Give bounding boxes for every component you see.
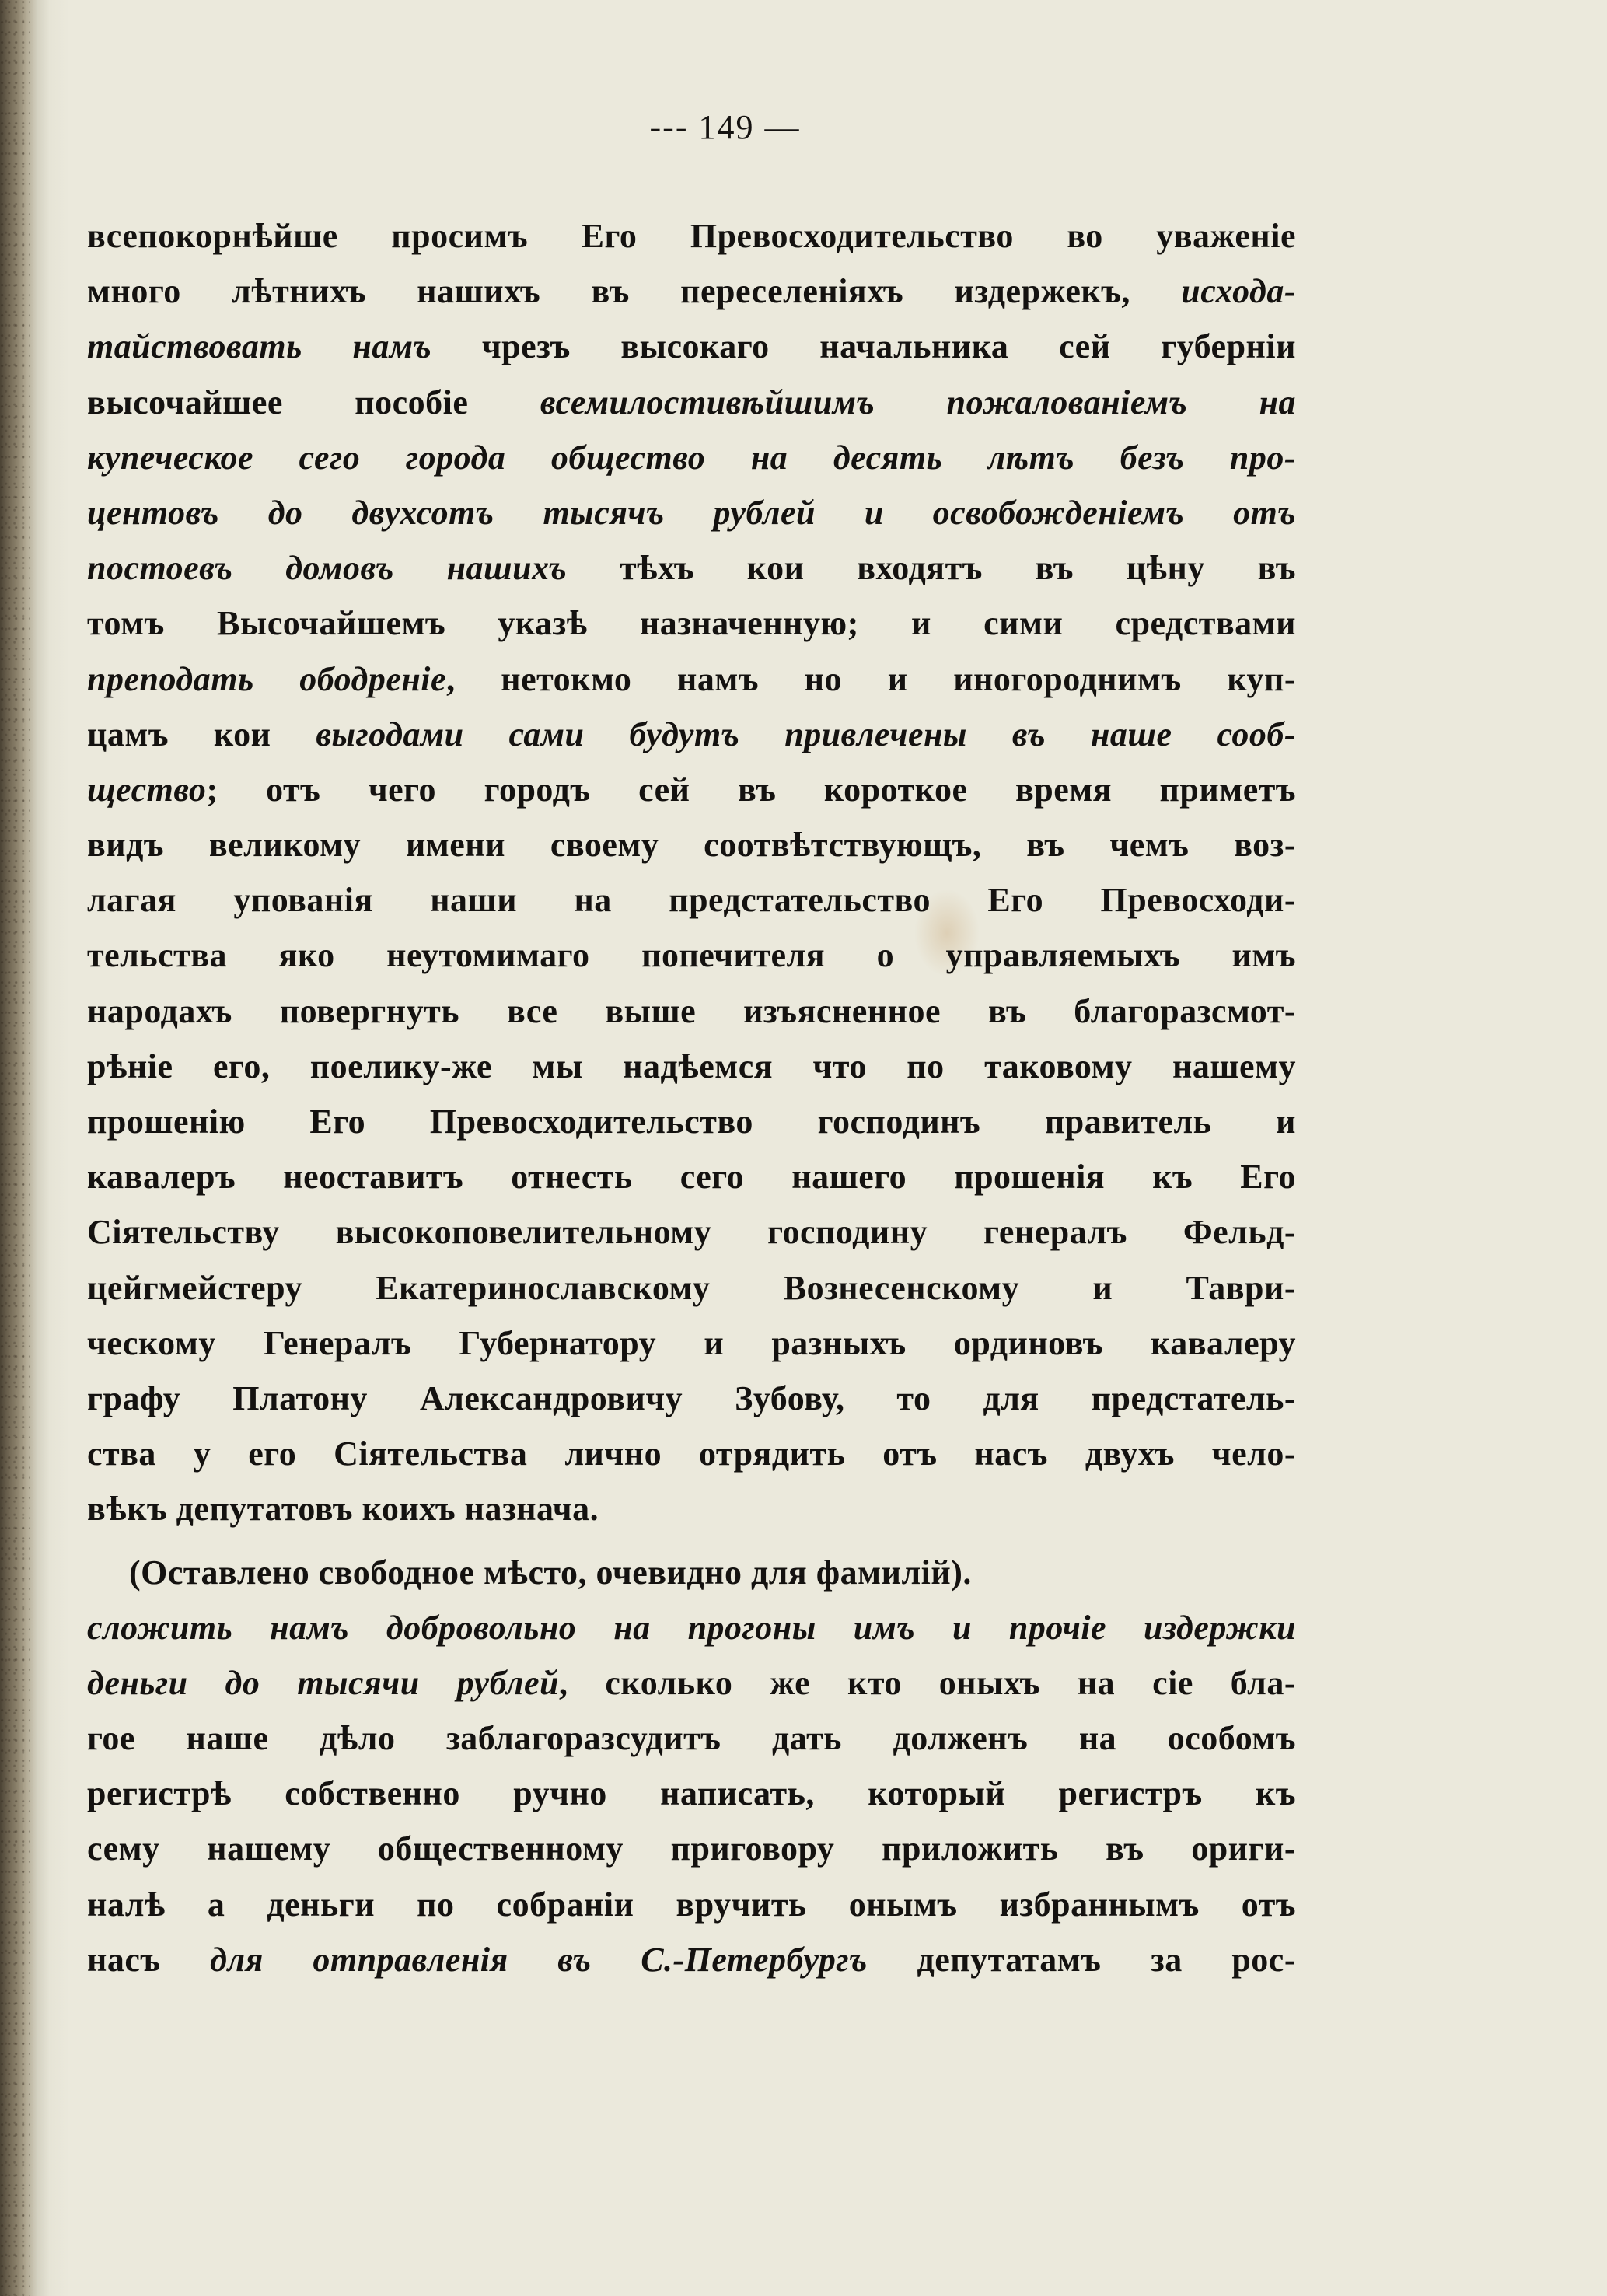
text-line: лагая упованія наши на предстательство Е…	[87, 872, 1296, 928]
text-line: всепокорнѣйше просимъ Его Превосходитель…	[87, 208, 1296, 264]
text-line: сложить намъ добровольно на прогоны имъ …	[87, 1600, 1296, 1655]
text-line: прошенію Его Превосходительство господин…	[87, 1094, 1296, 1149]
italic-text-run: тайствовать намъ	[87, 327, 431, 365]
text-line: ческому Генералъ Губернатору и разныхъ о…	[87, 1316, 1296, 1371]
text-run: кавалеръ неоставитъ отнесть сего нашего …	[87, 1158, 1296, 1196]
text-run: ческому Генералъ Губернатору и разныхъ о…	[87, 1324, 1296, 1362]
text-line: (Оставлено свободное мѣсто, очевидно для…	[87, 1545, 1296, 1600]
italic-text-run: деньги до тысячи рублей	[87, 1664, 559, 1702]
text-line: ства у его Сіятельства лично отрядить от…	[87, 1426, 1296, 1481]
italic-text-run: выгодами сами будутъ привлечены въ наше …	[316, 715, 1296, 753]
italic-text-run: преподать ободреніе	[87, 660, 446, 698]
text-run: видъ великому имени своему соотвѣтствующ…	[87, 826, 1296, 864]
text-run: ; отъ чего городъ сей въ короткое время …	[206, 771, 1296, 809]
text-run: , сколько же кто оныхъ на сіе бла-	[559, 1664, 1296, 1702]
body-text: всепокорнѣйше просимъ Его Превосходитель…	[87, 208, 1296, 1987]
book-page: --- 149 — всепокорнѣйше просимъ Его Прев…	[0, 0, 1607, 2296]
text-line: преподать ободреніе, нетокмо намъ но и и…	[87, 652, 1296, 707]
text-run: ства у его Сіятельства лично отрядить от…	[87, 1435, 1296, 1473]
paragraph: всепокорнѣйше просимъ Его Превосходитель…	[87, 208, 1296, 1537]
text-line: вѣкъ депутатовъ коихъ назнача.	[87, 1481, 1296, 1536]
text-line: видъ великому имени своему соотвѣтствующ…	[87, 817, 1296, 872]
text-run: регистрѣ собственно ручно написать, кото…	[87, 1774, 1296, 1812]
text-run: Сіятельству высокоповелительному господи…	[87, 1213, 1296, 1251]
italic-text-run: сложить намъ добровольно на прогоны имъ …	[87, 1609, 1296, 1647]
text-run: лагая упованія наши на предстательство Е…	[87, 881, 1296, 919]
text-line: графу Платону Александровичу Зубову, то …	[87, 1371, 1296, 1426]
text-line: центовъ до двухсотъ тысячъ рублей и осво…	[87, 485, 1296, 540]
text-line: высочайшее пособіе всемилостивѣйшимъ пож…	[87, 375, 1296, 430]
text-line: купеческое сего города общество на десят…	[87, 430, 1296, 485]
text-run: тѣхъ кои входятъ въ цѣну въ	[567, 549, 1296, 587]
text-line: рѣніе его, поелику-же мы надѣемся что по…	[87, 1039, 1296, 1094]
text-run: вѣкъ депутатовъ коихъ назнача.	[87, 1490, 599, 1528]
text-run: , нетокмо намъ но и иногороднимъ куп-	[446, 660, 1296, 698]
text-run: чрезъ высокаго начальника сей губерніи	[431, 327, 1296, 365]
text-line: тельства яко неутомимаго попечителя о уп…	[87, 928, 1296, 983]
text-line: цамъ кои выгодами сами будутъ привлечены…	[87, 707, 1296, 762]
text-run: гое наше дѣло заблагоразсудитъ дать долж…	[87, 1719, 1296, 1757]
text-line: цейгмейстеру Екатеринославскому Вознесен…	[87, 1260, 1296, 1316]
text-line: народахъ повергнуть все выше изъясненное…	[87, 984, 1296, 1039]
text-line: кавалеръ неоставитъ отнесть сего нашего …	[87, 1149, 1296, 1204]
text-run: (Оставлено свободное мѣсто, очевидно для…	[129, 1553, 972, 1592]
text-run: насъ	[87, 1941, 210, 1979]
text-run: цамъ кои	[87, 715, 316, 753]
text-run: графу Платону Александровичу Зубову, то …	[87, 1379, 1296, 1417]
text-run: народахъ повергнуть все выше изъясненное…	[87, 992, 1296, 1030]
text-run: прошенію Его Превосходительство господин…	[87, 1103, 1296, 1141]
text-run: депутатамъ за рос-	[868, 1941, 1296, 1979]
italic-text-run: купеческое сего города общество на десят…	[87, 439, 1296, 477]
text-run: цейгмейстеру Екатеринославскому Вознесен…	[87, 1269, 1296, 1307]
text-line: насъ для отправленія въ С.-Петербургъ де…	[87, 1932, 1296, 1987]
text-run: всепокорнѣйше просимъ Его Превосходитель…	[87, 217, 1296, 255]
italic-text-run: постоевъ домовъ нашихъ	[87, 549, 567, 587]
italic-text-run: щество	[87, 771, 206, 809]
italic-text-run: всемилостивѣйшимъ пожалованіемъ на	[540, 383, 1296, 421]
text-line: щество; отъ чего городъ сей въ короткое …	[87, 762, 1296, 817]
text-run: томъ Высочайшемъ указѣ назначенную; и си…	[87, 604, 1296, 642]
page-spine-shadow	[0, 0, 30, 2296]
italic-text-run: для отправленія въ С.-Петербургъ	[210, 1941, 868, 1979]
text-run: сему нашему общественному приговору прил…	[87, 1829, 1296, 1868]
italic-text-run: центовъ до двухсотъ тысячъ рублей и осво…	[87, 494, 1296, 532]
text-line: Сіятельству высокоповелительному господи…	[87, 1204, 1296, 1260]
text-line: постоевъ домовъ нашихъ тѣхъ кои входятъ …	[87, 540, 1296, 596]
text-line: сему нашему общественному приговору прил…	[87, 1821, 1296, 1876]
text-line: тайствовать намъ чрезъ высокаго начальни…	[87, 319, 1296, 374]
text-line: деньги до тысячи рублей, сколько же кто …	[87, 1655, 1296, 1711]
text-line: гое наше дѣло заблагоразсудитъ дать долж…	[87, 1711, 1296, 1766]
paragraph: (Оставлено свободное мѣсто, очевидно для…	[87, 1545, 1296, 1600]
text-run: налѣ а деньги по собраніи вручить онымъ …	[87, 1885, 1296, 1924]
text-run: высочайшее пособіе	[87, 383, 540, 421]
text-line: регистрѣ собственно ручно написать, кото…	[87, 1766, 1296, 1821]
italic-text-run: исхода-	[1181, 272, 1296, 310]
text-run: рѣніе его, поелику-же мы надѣемся что по…	[87, 1047, 1296, 1085]
text-line: налѣ а деньги по собраніи вручить онымъ …	[87, 1877, 1296, 1932]
page-number: --- 149 —	[0, 107, 1450, 147]
text-line: много лѣтнихъ нашихъ въ переселеніяхъ из…	[87, 264, 1296, 319]
paragraph: сложить намъ добровольно на прогоны имъ …	[87, 1600, 1296, 1987]
text-line: томъ Высочайшемъ указѣ назначенную; и си…	[87, 596, 1296, 651]
text-run: тельства яко неутомимаго попечителя о уп…	[87, 936, 1296, 974]
text-run: много лѣтнихъ нашихъ въ переселеніяхъ из…	[87, 272, 1181, 310]
